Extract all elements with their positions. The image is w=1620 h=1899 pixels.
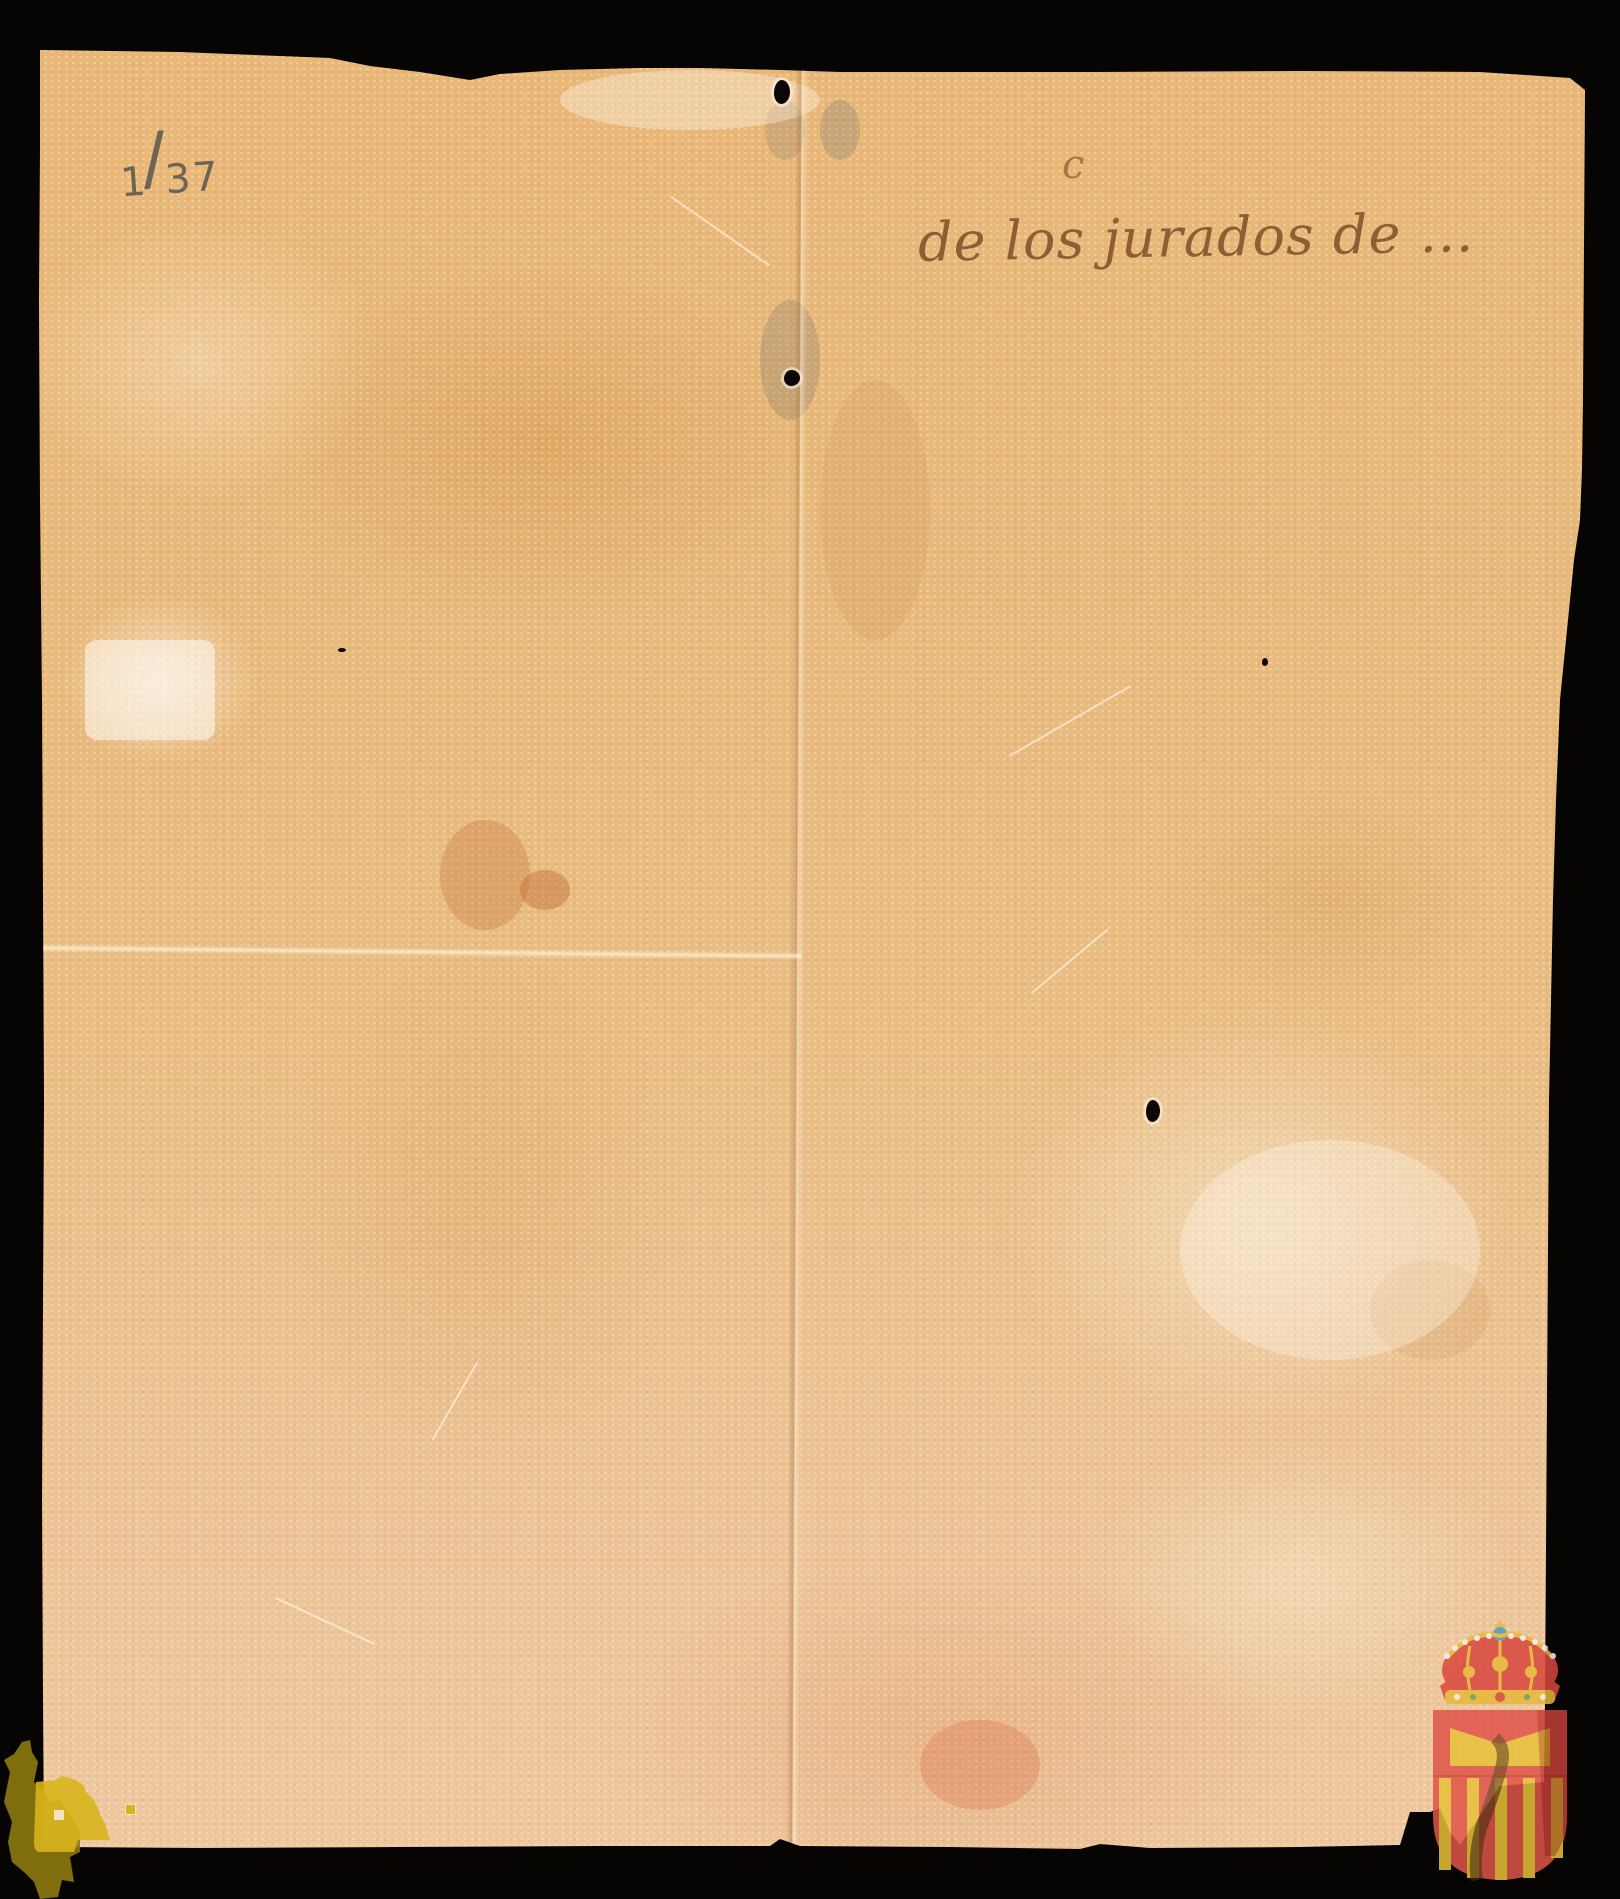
endorsement-mark: c	[1062, 142, 1084, 188]
document-viewer: 1/37 c de los jurados de ...	[0, 0, 1620, 1899]
parchment-sheet	[0, 0, 1620, 1899]
coat-of-arms-icon	[1425, 1598, 1575, 1888]
stain	[520, 870, 570, 910]
archive-reference-number: 1/37	[115, 105, 220, 194]
region-map-logo-icon	[0, 1722, 120, 1899]
stain	[760, 300, 820, 420]
abrasion	[1180, 1140, 1480, 1360]
abrasion	[85, 640, 215, 740]
stain	[820, 380, 930, 640]
stain	[920, 1720, 1040, 1810]
archive-denominator: 37	[164, 153, 222, 203]
endorsement-text: de los jurados de ...	[917, 201, 1474, 274]
map-logo-dot	[126, 1805, 135, 1814]
stain	[820, 100, 860, 160]
stain	[440, 820, 530, 930]
